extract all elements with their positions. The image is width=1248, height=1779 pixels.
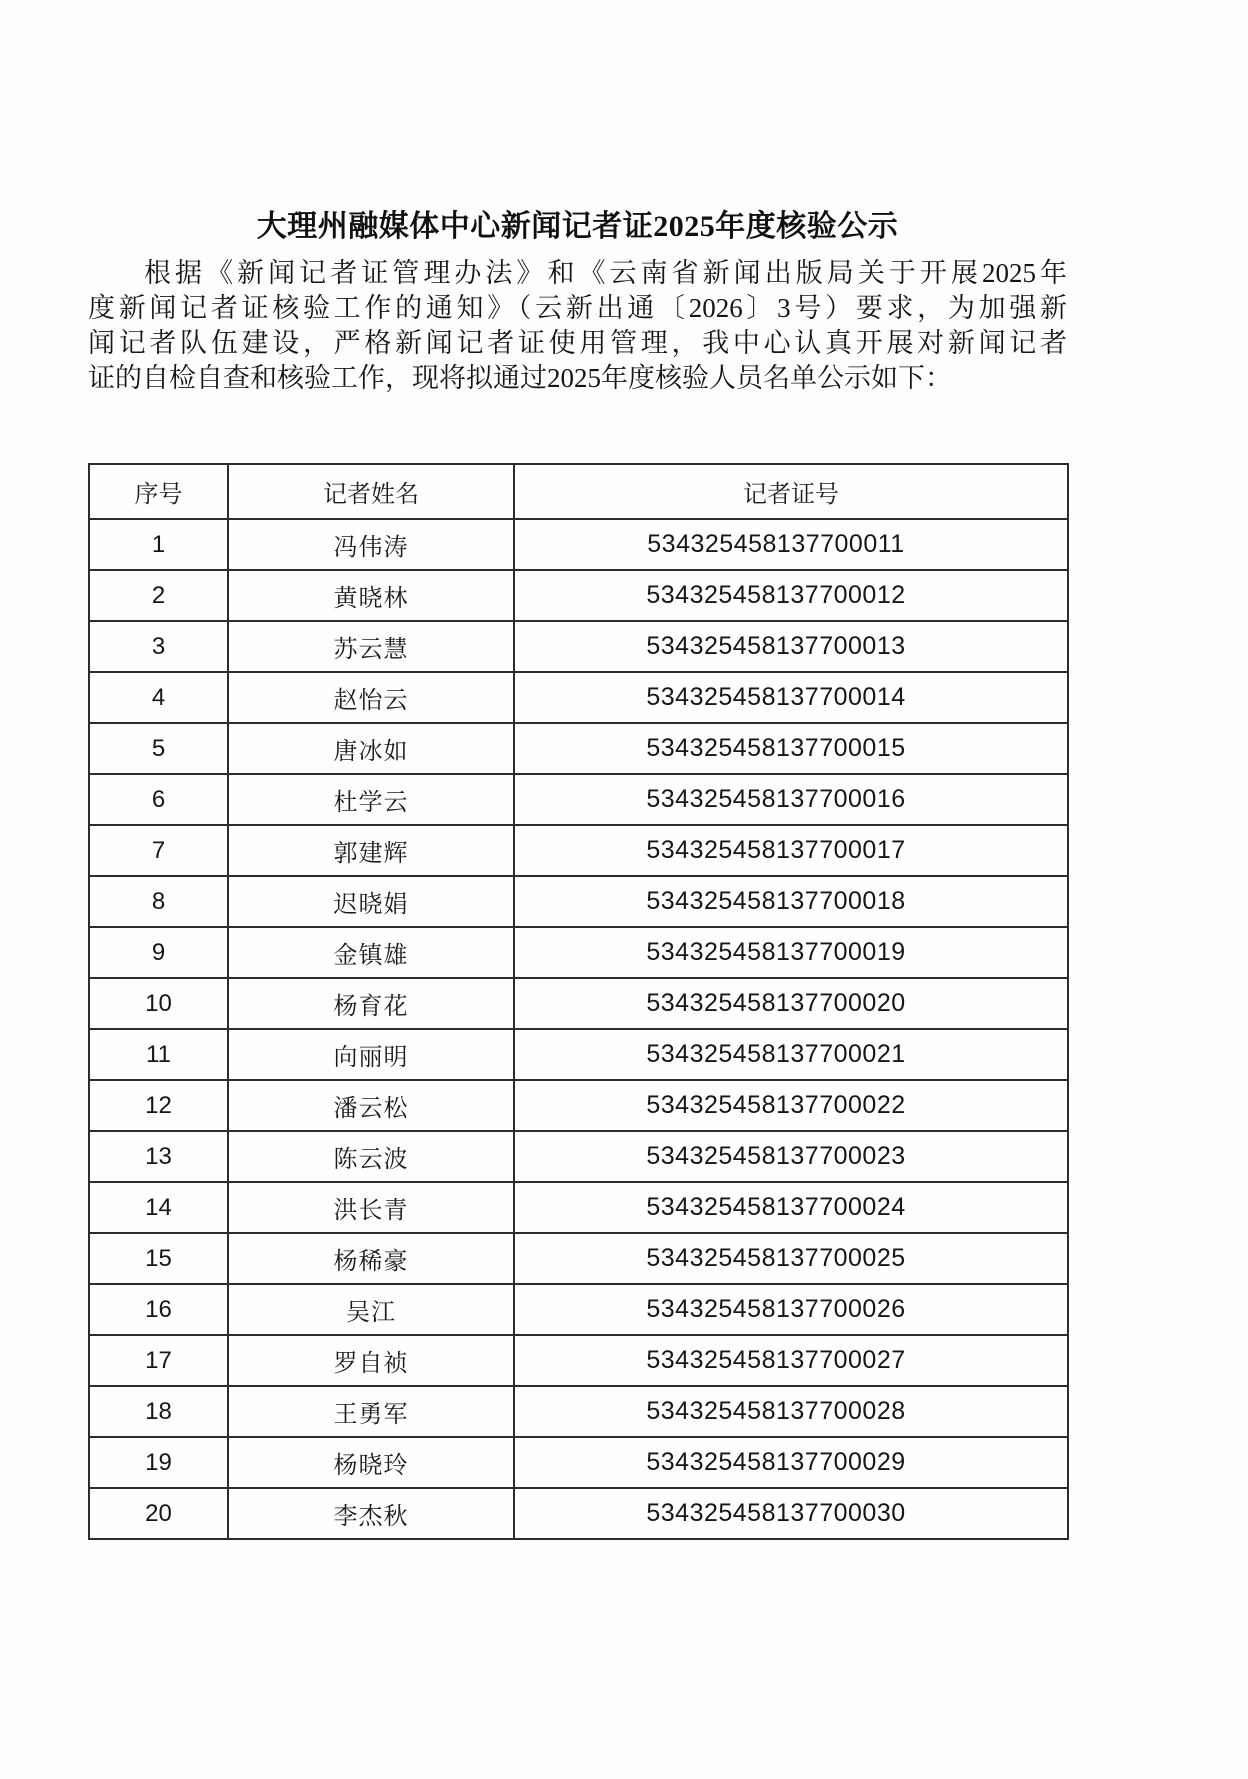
cell-reporter-name: 吴江: [228, 1284, 514, 1335]
notice-line: 度新闻记者证核验工作的通知》（云新出通〔2026〕3号）要求，为加强新: [88, 291, 1067, 326]
cell-index: 19: [89, 1437, 228, 1488]
table-row: 4 赵怡云 534325458137700014: [89, 672, 1068, 723]
cell-card-number: 534325458137700021: [514, 1029, 1068, 1080]
table-row: 16 吴江 534325458137700026: [89, 1284, 1068, 1335]
table-row: 10 杨育花 534325458137700020: [89, 978, 1068, 1029]
cell-index: 12: [89, 1080, 228, 1131]
table-row: 19 杨晓玲 534325458137700029: [89, 1437, 1068, 1488]
table-header-row: 序号 记者姓名 记者证号: [89, 464, 1068, 519]
cell-card-number: 534325458137700024: [514, 1182, 1068, 1233]
notice-line: 证的自检自查和核验工作，现将拟通过2025年度核验人员名单公示如下：: [88, 361, 1067, 396]
cell-card-number: 534325458137700025: [514, 1233, 1068, 1284]
table-row: 6 杜学云 534325458137700016: [89, 774, 1068, 825]
cell-reporter-name: 罗自祯: [228, 1335, 514, 1386]
table-row: 17 罗自祯 534325458137700027: [89, 1335, 1068, 1386]
cell-index: 13: [89, 1131, 228, 1182]
cell-card-number: 534325458137700023: [514, 1131, 1068, 1182]
cell-card-number: 534325458137700016: [514, 774, 1068, 825]
cell-card-number: 534325458137700019: [514, 927, 1068, 978]
table-row: 11 向丽明 534325458137700021: [89, 1029, 1068, 1080]
cell-reporter-name: 黄晓林: [228, 570, 514, 621]
cell-reporter-name: 杨育花: [228, 978, 514, 1029]
table-row: 8 迟晓娟 534325458137700018: [89, 876, 1068, 927]
cell-reporter-name: 杨稀豪: [228, 1233, 514, 1284]
cell-index: 3: [89, 621, 228, 672]
cell-card-number: 534325458137700030: [514, 1488, 1068, 1539]
notice-line: 闻记者队伍建设，严格新闻记者证使用管理，我中心认真开展对新闻记者: [88, 326, 1067, 361]
cell-index: 17: [89, 1335, 228, 1386]
cell-reporter-name: 洪长青: [228, 1182, 514, 1233]
cell-index: 6: [89, 774, 228, 825]
table-row: 7 郭建辉 534325458137700017: [89, 825, 1068, 876]
cell-index: 7: [89, 825, 228, 876]
cell-card-number: 534325458137700017: [514, 825, 1068, 876]
cell-index: 10: [89, 978, 228, 1029]
cell-index: 20: [89, 1488, 228, 1539]
table-row: 9 金镇雄 534325458137700019: [89, 927, 1068, 978]
cell-card-number: 534325458137700014: [514, 672, 1068, 723]
notice-line: 根据《新闻记者证管理办法》和《云南省新闻出版局关于开展2025年: [88, 256, 1067, 291]
table-row: 20 李杰秋 534325458137700030: [89, 1488, 1068, 1539]
table-row: 13 陈云波 534325458137700023: [89, 1131, 1068, 1182]
cell-index: 15: [89, 1233, 228, 1284]
table-row: 1 冯伟涛 534325458137700011: [89, 519, 1068, 570]
cell-reporter-name: 郭建辉: [228, 825, 514, 876]
table-header-reporter-name: 记者姓名: [228, 464, 514, 519]
table-row: 12 潘云松 534325458137700022: [89, 1080, 1068, 1131]
cell-card-number: 534325458137700020: [514, 978, 1068, 1029]
table-row: 15 杨稀豪 534325458137700025: [89, 1233, 1068, 1284]
cell-index: 1: [89, 519, 228, 570]
cell-reporter-name: 潘云松: [228, 1080, 514, 1131]
table-row: 2 黄晓林 534325458137700012: [89, 570, 1068, 621]
cell-reporter-name: 唐冰如: [228, 723, 514, 774]
verification-table: 序号 记者姓名 记者证号 1 冯伟涛 534325458137700011 2 …: [88, 463, 1069, 1540]
cell-index: 14: [89, 1182, 228, 1233]
table-row: 14 洪长青 534325458137700024: [89, 1182, 1068, 1233]
cell-reporter-name: 苏云慧: [228, 621, 514, 672]
cell-card-number: 534325458137700027: [514, 1335, 1068, 1386]
table-row: 18 王勇军 534325458137700028: [89, 1386, 1068, 1437]
cell-reporter-name: 李杰秋: [228, 1488, 514, 1539]
document-page: 大理州融媒体中心新闻记者证2025年度核验公示 根据《新闻记者证管理办法》和《云…: [0, 0, 1248, 1779]
cell-reporter-name: 向丽明: [228, 1029, 514, 1080]
document-title: 大理州融媒体中心新闻记者证2025年度核验公示: [88, 201, 1067, 245]
notice-paragraph: 根据《新闻记者证管理办法》和《云南省新闻出版局关于开展2025年度新闻记者证核验…: [88, 256, 1067, 396]
table-row: 3 苏云慧 534325458137700013: [89, 621, 1068, 672]
cell-card-number: 534325458137700026: [514, 1284, 1068, 1335]
cell-card-number: 534325458137700013: [514, 621, 1068, 672]
cell-card-number: 534325458137700029: [514, 1437, 1068, 1488]
cell-reporter-name: 金镇雄: [228, 927, 514, 978]
cell-card-number: 534325458137700012: [514, 570, 1068, 621]
cell-index: 5: [89, 723, 228, 774]
cell-card-number: 534325458137700022: [514, 1080, 1068, 1131]
cell-index: 4: [89, 672, 228, 723]
cell-reporter-name: 冯伟涛: [228, 519, 514, 570]
cell-reporter-name: 杜学云: [228, 774, 514, 825]
cell-index: 8: [89, 876, 228, 927]
cell-index: 18: [89, 1386, 228, 1437]
cell-reporter-name: 迟晓娟: [228, 876, 514, 927]
table-row: 5 唐冰如 534325458137700015: [89, 723, 1068, 774]
cell-card-number: 534325458137700018: [514, 876, 1068, 927]
cell-index: 11: [89, 1029, 228, 1080]
cell-reporter-name: 陈云波: [228, 1131, 514, 1182]
cell-reporter-name: 杨晓玲: [228, 1437, 514, 1488]
cell-index: 2: [89, 570, 228, 621]
cell-reporter-name: 王勇军: [228, 1386, 514, 1437]
cell-card-number: 534325458137700011: [514, 519, 1068, 570]
table-header-index: 序号: [89, 464, 228, 519]
cell-card-number: 534325458137700015: [514, 723, 1068, 774]
cell-index: 9: [89, 927, 228, 978]
cell-index: 16: [89, 1284, 228, 1335]
table-header-card-number: 记者证号: [514, 464, 1068, 519]
cell-card-number: 534325458137700028: [514, 1386, 1068, 1437]
records-table-body: 1 冯伟涛 534325458137700011 2 黄晓林 534325458…: [89, 519, 1068, 1539]
cell-reporter-name: 赵怡云: [228, 672, 514, 723]
